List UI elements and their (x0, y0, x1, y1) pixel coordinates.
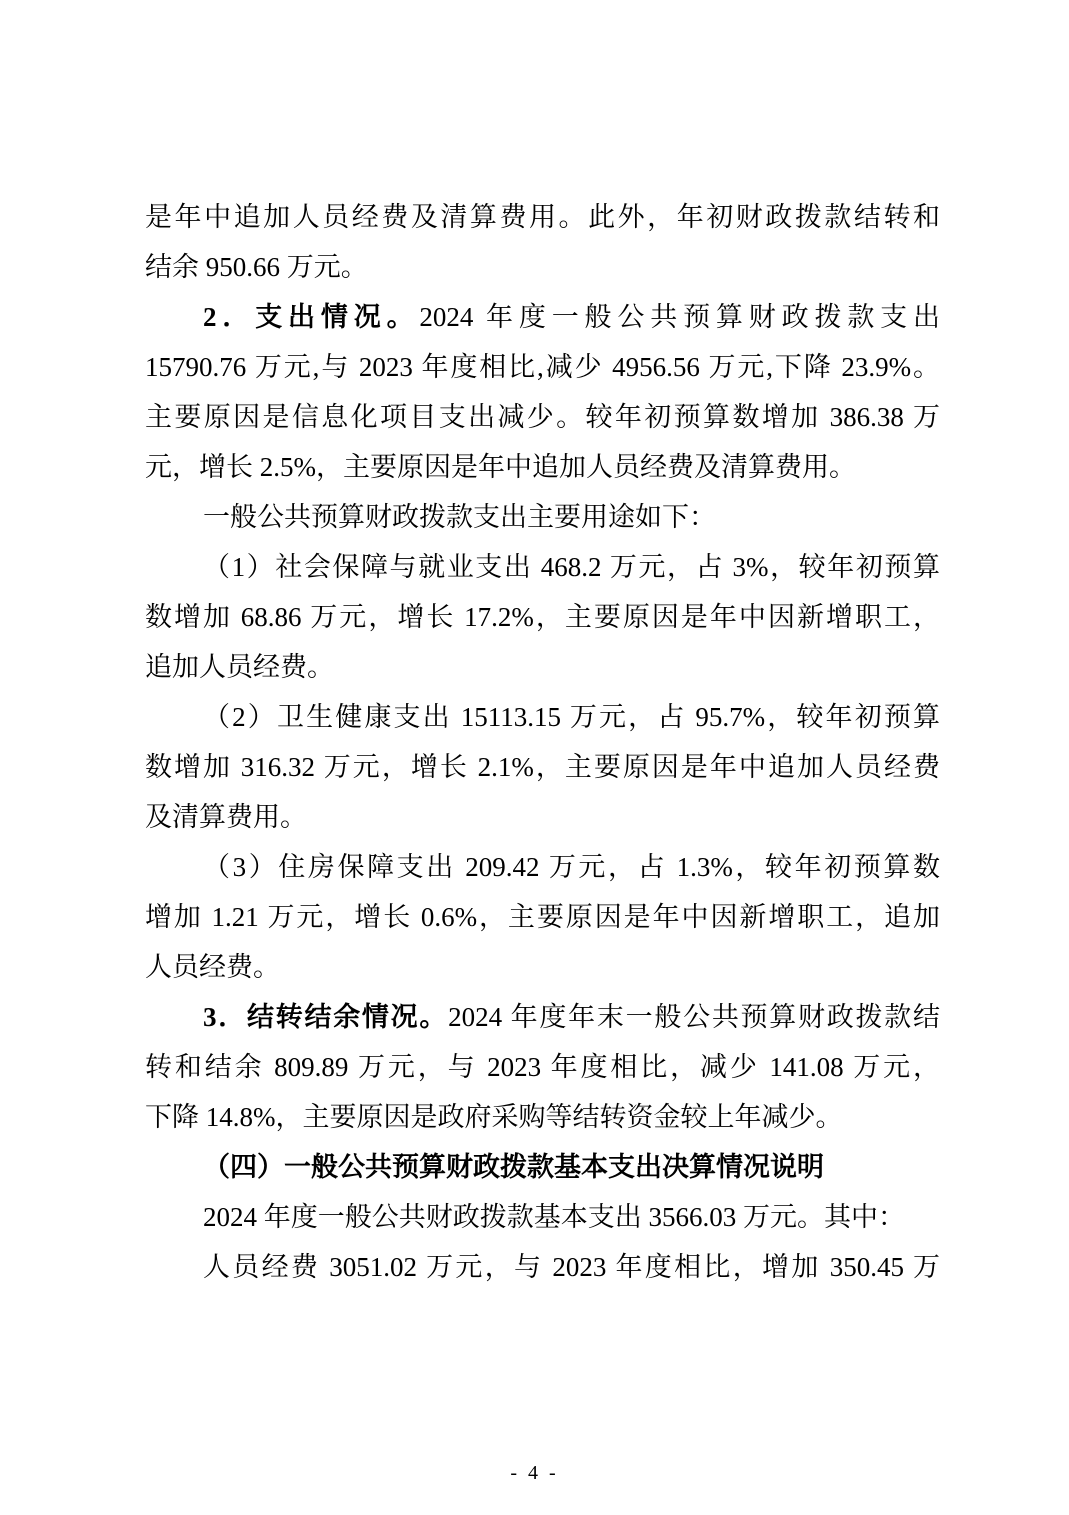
text-segment: 及清算费用。 (145, 802, 307, 832)
text-segment: 人员经费。 (145, 952, 280, 982)
document-body: 是年中追加人员经费及清算费用。此外，年初财政拨款结转和 结余 950.66 万元… (145, 192, 940, 1292)
text-segment: 2024 年度一般公共预算财政拨款支出 (419, 302, 940, 332)
text-line: （2）卫生健康支出 15113.15 万元，占 95.7%，较年初预算 (145, 692, 940, 742)
text-segment: 15790.76 万元,与 2023 年度相比,减少 4956.56 万元,下降… (145, 352, 940, 382)
text-line: 下降 14.8%，主要原因是政府采购等结转资金较上年减少。 (145, 1092, 940, 1142)
text-segment: （2）卫生健康支出 15113.15 万元，占 95.7%，较年初预算 (203, 702, 940, 732)
text-segment: 2024 年度年末一般公共预算财政拨款结 (448, 1002, 940, 1032)
text-line: 是年中追加人员经费及清算费用。此外，年初财政拨款结转和 (145, 192, 940, 242)
text-line: 一般公共预算财政拨款支出主要用途如下： (145, 492, 940, 542)
text-line: 主要原因是信息化项目支出减少。较年初预算数增加 386.38 万 (145, 392, 940, 442)
text-line: 数增加 316.32 万元，增长 2.1%，主要原因是年中追加人员经费 (145, 742, 940, 792)
text-segment: 元，增长 2.5%，主要原因是年中追加人员经费及清算费用。 (145, 452, 856, 482)
text-segment: 结余 950.66 万元。 (145, 252, 368, 282)
text-segment: 主要原因是信息化项目支出减少。较年初预算数增加 386.38 万 (145, 402, 940, 432)
text-line: 15790.76 万元,与 2023 年度相比,减少 4956.56 万元,下降… (145, 342, 940, 392)
text-segment: 是年中追加人员经费及清算费用。此外，年初财政拨款结转和 (145, 202, 940, 232)
text-line: 人员经费 3051.02 万元，与 2023 年度相比，增加 350.45 万 (145, 1242, 940, 1292)
text-segment: 数增加 316.32 万元，增长 2.1%，主要原因是年中追加人员经费 (145, 752, 940, 782)
text-line: 元，增长 2.5%，主要原因是年中追加人员经费及清算费用。 (145, 442, 940, 492)
section-heading-segment: 2．支出情况。 (203, 302, 419, 332)
text-segment: 下降 14.8%，主要原因是政府采购等结转资金较上年减少。 (145, 1102, 843, 1132)
text-line: （1）社会保障与就业支出 468.2 万元，占 3%，较年初预算 (145, 542, 940, 592)
text-segment: 人员经费 3051.02 万元，与 2023 年度相比，增加 350.45 万 (203, 1252, 940, 1282)
text-segment: 一般公共预算财政拨款支出主要用途如下： (203, 502, 716, 532)
text-segment: 2024 年度一般公共财政拨款基本支出 3566.03 万元。其中： (203, 1202, 905, 1232)
text-line: 2024 年度一般公共财政拨款基本支出 3566.03 万元。其中： (145, 1192, 940, 1242)
text-line: 转和结余 809.89 万元，与 2023 年度相比，减少 141.08 万元， (145, 1042, 940, 1092)
text-line: 追加人员经费。 (145, 642, 940, 692)
text-line: 增加 1.21 万元，增长 0.6%，主要原因是年中因新增职工，追加 (145, 892, 940, 942)
text-segment: （3）住房保障支出 209.42 万元，占 1.3%，较年初预算数 (203, 852, 940, 882)
text-segment: （1）社会保障与就业支出 468.2 万元，占 3%，较年初预算 (203, 552, 940, 582)
section-heading-segment: 3．结转结余情况。 (203, 1002, 448, 1032)
text-segment: 增加 1.21 万元，增长 0.6%，主要原因是年中因新增职工，追加 (145, 902, 940, 932)
text-line: 3．结转结余情况。2024 年度年末一般公共预算财政拨款结 (145, 992, 940, 1042)
section-heading-segment: （四）一般公共预算财政拨款基本支出决算情况说明 (203, 1152, 824, 1182)
text-segment: 转和结余 809.89 万元，与 2023 年度相比，减少 141.08 万元， (145, 1052, 940, 1082)
text-line: 人员经费。 (145, 942, 940, 992)
text-line: （3）住房保障支出 209.42 万元，占 1.3%，较年初预算数 (145, 842, 940, 892)
document-page: 是年中追加人员经费及清算费用。此外，年初财政拨款结转和 结余 950.66 万元… (0, 0, 1069, 1515)
text-segment: 追加人员经费。 (145, 652, 334, 682)
text-line: （四）一般公共预算财政拨款基本支出决算情况说明 (145, 1142, 940, 1192)
text-segment: 数增加 68.86 万元，增长 17.2%，主要原因是年中因新增职工， (145, 602, 940, 632)
text-line: 及清算费用。 (145, 792, 940, 842)
text-line: 数增加 68.86 万元，增长 17.2%，主要原因是年中因新增职工， (145, 592, 940, 642)
text-line: 结余 950.66 万元。 (145, 242, 940, 292)
text-line: 2．支出情况。2024 年度一般公共预算财政拨款支出 (145, 292, 940, 342)
page-number: - 4 - (0, 1458, 1069, 1488)
